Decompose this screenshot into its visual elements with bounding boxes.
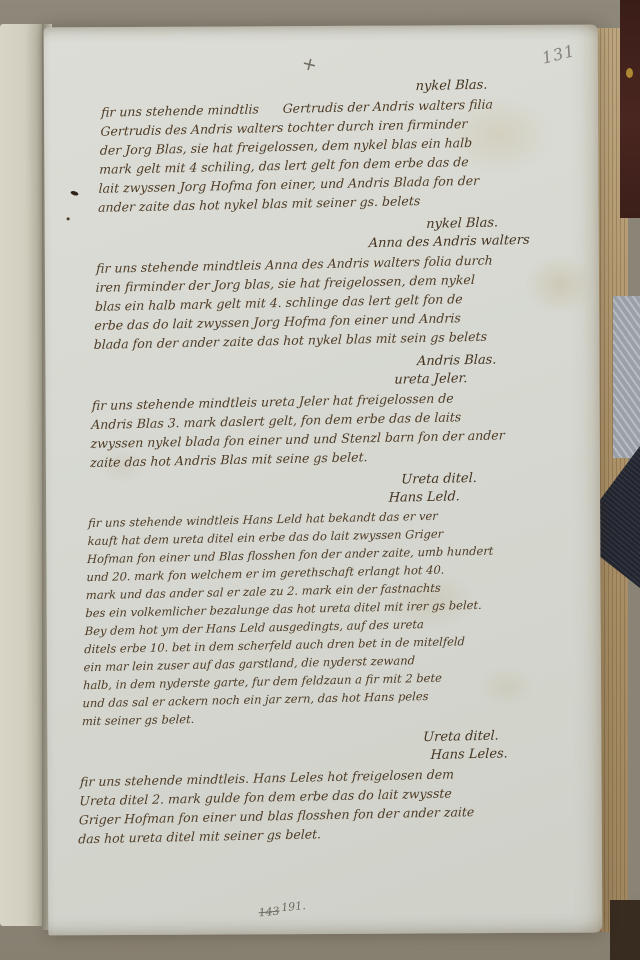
manuscript-page: + 131 nykel Blas. fir uns stehende mindt… [44, 25, 603, 936]
ink-dot [67, 217, 70, 220]
left-page-edge [0, 24, 44, 926]
table-shadow-corner [610, 900, 640, 960]
folio-number: 131 [540, 41, 577, 68]
bottom-pencil-annotation: 143191. [258, 899, 306, 916]
ink-blot [70, 190, 79, 196]
pencil-cross-mark: + [300, 53, 320, 77]
entry-ureta-ditel-2: Ureta ditel. Hans Leles. fir uns stehend… [78, 726, 567, 848]
handwritten-text: nykel Blas. fir uns stehende mindtlis Ge… [78, 75, 588, 849]
entry-andris-blas: Andris Blas. ureta Jeler. fir uns stehen… [90, 350, 579, 472]
photo-scene: + 131 nykel Blas. fir uns stehende mindt… [0, 0, 640, 960]
entry-nykel-blas-1: nykel Blas. fir uns stehende mindtlis Ge… [98, 75, 588, 217]
gilt-fleck [626, 68, 633, 78]
entry-nykel-blas-2: nykel Blas. Anna des Andris walters fir … [93, 213, 583, 354]
adjacent-book-spine [620, 0, 640, 218]
struck-number: 143 [258, 904, 280, 919]
annotation-number: 191. [281, 899, 307, 914]
gray-fabric-strip [613, 296, 640, 458]
entry-ureta-ditel-1: Ureta ditel. Hans Leld. fir uns stehende… [82, 468, 576, 730]
